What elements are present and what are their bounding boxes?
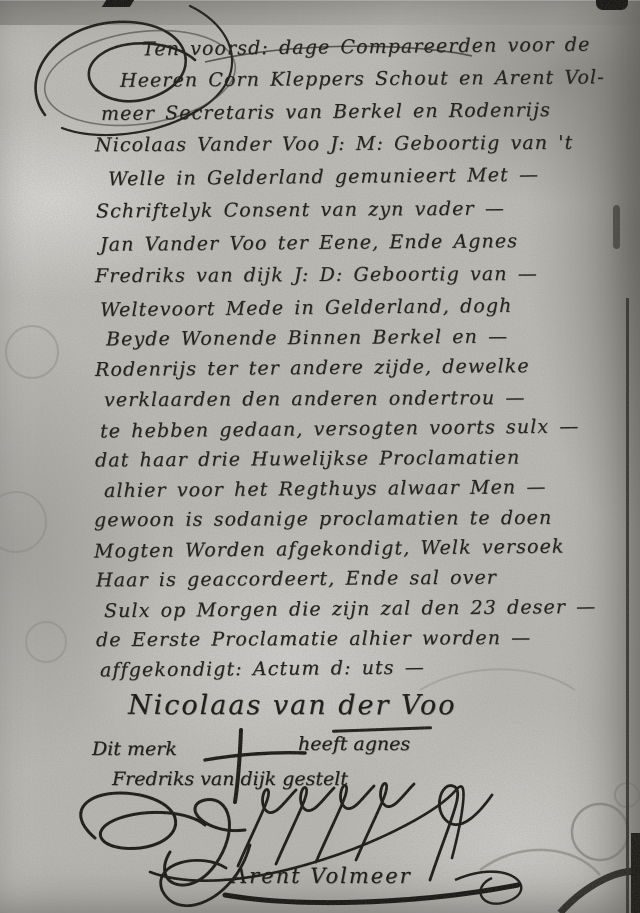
secretary-signature: Arent Volmeer (232, 864, 412, 888)
mark-statement-line2: Fredriks van dijk gestelt (112, 768, 348, 790)
text-line: Ten voorsd: dage Compareerden voor de (142, 34, 591, 61)
text-line: Weltevoort Mede in Gelderland, dogh (100, 295, 513, 321)
text-line: Schriftelyk Consent van zyn vader — (96, 198, 505, 223)
page-edge-shadow (631, 833, 640, 913)
corner-mark-right (596, 0, 628, 10)
text-line: Sulx op Morgen die zijn zal den 23 deser… (104, 596, 596, 622)
groom-signature: Nicolaas van der Voo (128, 690, 457, 721)
text-line: de Eerste Proclamatie alhier worden — (96, 627, 531, 651)
text-line: te hebben gedaan, versogten voorts sulx … (100, 415, 580, 442)
text-line: alhier voor het Regthuys alwaar Men — (104, 476, 547, 502)
text-line: Fredriks van dijk J: D: Geboortig van — (95, 263, 538, 287)
mark-statement-right: heeft agnes (298, 733, 410, 755)
text-line: Beyde Wonende Binnen Berkel en — (106, 326, 508, 351)
binding-mark (613, 205, 620, 249)
text-line: dat haar drie Huwelijkse Proclamatien (95, 447, 520, 472)
text-line: affgekondigt: Actum d: uts — (100, 657, 425, 682)
text-line: gewoon is sodanige proclamatien te doen (94, 507, 552, 531)
text-line: Heeren Corn Kleppers Schout en Arent Vol… (120, 66, 605, 91)
text-line: verklaarden den anderen ondertrou — (104, 387, 526, 411)
page-edge-line (626, 298, 629, 913)
mark-statement-left: Dit merk (92, 738, 177, 760)
text-line: Welle in Gelderland gemunieert Met — (108, 164, 539, 191)
text-line: Rodenrijs ter ter andere zijde, dewelke (95, 355, 530, 381)
text-line: Haar is geaccordeert, Ende sal over (96, 567, 497, 592)
corner-mark-left (102, 0, 134, 7)
text-line: meer Secretaris van Berkel en Rodenrijs (101, 99, 551, 125)
text-line: Nicolaas Vander Voo J: M: Geboortig van … (95, 132, 573, 157)
text-line: Jan Vander Voo ter Eene, Ende Agnes (100, 230, 518, 256)
manuscript-page: Ten voorsd: dage Compareerden voor deHee… (0, 0, 640, 913)
text-line: Mogten Worden afgekondigt, Welk versoek (94, 536, 565, 563)
